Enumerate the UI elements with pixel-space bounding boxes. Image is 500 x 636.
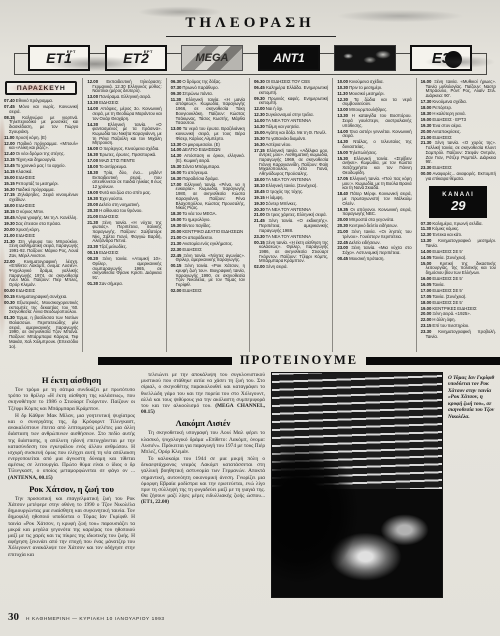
program-text: Σαν σήμερα.	[99, 281, 123, 286]
program-time: 21.00	[171, 235, 182, 240]
program-text: Τα ζώδια και τα νερά συμβουλεύουν.	[342, 97, 411, 107]
recommend-bar-right	[366, 357, 500, 365]
program-text: ΕΙΔΗΣΕΙΣ	[16, 288, 35, 293]
program-text: Τέχνη και δημιουργία.	[16, 157, 57, 162]
channel-logo-strip: ΕΡΤ ET1 ΕΡΤ ET2 MEGA ANT1 Ε3	[0, 44, 500, 76]
program-entry: 00.45 Μουσική πρόταση.	[337, 257, 411, 262]
program-text: Ο δρόμος της δόξας.	[182, 79, 221, 84]
program-text: Τρία, δύο, ένα... μηδέν! Εκπαιδευτική σε…	[92, 170, 161, 189]
program-time: 18.00	[421, 105, 432, 110]
program-time: 18.10	[254, 183, 265, 188]
page-footer: 30 Η ΚΑΘΗΜΕΡΙΝΗ — ΚΥΡΙΑΚΗ 10 ΙΑΝΟΥΑΡΙΟΥ …	[8, 611, 165, 623]
program-text: Το γαϊτανάκι διαμάντι.	[266, 136, 307, 141]
program-time: 21.00	[254, 212, 265, 217]
program-text: Επί του πιεστηρίου.	[432, 323, 469, 328]
paragraph-text: Τον τρόμο με τη σάτιρα συνδυάζει με πρωτ…	[8, 387, 135, 412]
program-time: 18.30	[421, 111, 432, 116]
program-time: 14.15	[4, 169, 15, 174]
program-time: 22.00	[421, 317, 432, 322]
program-text: ΔΕΛΤΙΟ ΕΙΔΗΣΕΩΝ	[182, 147, 220, 152]
page-number: 30	[8, 611, 19, 623]
program-text: Καλημέρα, πρωινή σελίδα.	[432, 221, 482, 226]
program-time: 20.00	[171, 229, 182, 234]
program-text: Δελτίο στη νοηματική.	[99, 202, 140, 207]
article3-body: Τη σκηνοθετική υπογραφή του Λουί Μαλ φέρ…	[141, 430, 265, 505]
program-text: Οι απόγονοι. Κοινωνική σειρά, παραγωγής …	[342, 207, 411, 217]
program-time: 23.30	[87, 244, 98, 249]
program-text: Το χρονικό μας / το αρχείο.	[16, 163, 66, 168]
program-entry: 17.00 Ελληνική ταινία. «Ρένα, να η ευκαι…	[171, 183, 245, 211]
program-entry: 00.20 Ξένη ταινία. «Ατομική 10». Θρίλερ,…	[87, 257, 161, 281]
et1-logo: ΕΡΤ ET1	[28, 45, 90, 71]
title-rule	[166, 36, 336, 37]
day-badge: ΠΑΡΑΣΚΕΥΗ	[5, 81, 77, 95]
program-text: Κινούμενα σχέδια.	[432, 99, 467, 104]
program-time: 16.05	[421, 282, 432, 287]
kanali29-listing: 07.30 Καλημέρα, πρωινή σελίδα.11.30 Κόμι…	[421, 222, 496, 340]
ant1-logo-label: ANT1	[273, 51, 304, 65]
program-time: 00.15	[4, 294, 15, 299]
program-text: Κινηματογραφική συνέχεια.	[16, 294, 68, 299]
program-time: 00.45	[337, 256, 348, 261]
program-entry: 16.00 Ξένη ταινία. «Μυθικοί ήρωες». Ταιν…	[421, 80, 496, 99]
program-text: ΕΙΔΗΣΕΙΣ	[182, 288, 201, 293]
program-entry: 12.00 Εκπαιδευτική τηλεόραση: Γερμανικά.…	[87, 80, 161, 94]
channel-time-ref: (ΑΝΤΕΝΝΑ, 00.15)	[8, 475, 53, 481]
program-text: Ξένη ταινία. «Ο εκδικητής». Περιπέτεια, …	[259, 218, 328, 232]
program-text: Κινηματογραφικό μεσημέρι. Ταινία.	[426, 238, 496, 248]
program-text: Ελληνική ταινία. «Ρένα, να η ευκαιρία». …	[176, 182, 245, 211]
recommend-divider: ΠΡΟΤΕΙΝΟΥΜΕ	[0, 353, 500, 368]
program-text: ΕΙΔΗΣΕΙΣ · ΕΡΤ3	[432, 117, 466, 122]
recommend-section: Η έκτη αίσθηση Τον τρόμο με τη σάτιρα συ…	[8, 372, 496, 606]
program-entry: 13.30 Η καταιγίδα του Βοσπόρου. Σειρά γο…	[337, 114, 411, 128]
program-text: Σάντα Μπάρμπαρα.	[182, 164, 220, 169]
program-entry: 18.30 Τρία, δύο, ένα... μηδέν! Εκπαιδευτ…	[87, 171, 161, 190]
program-text: Ελληνική ταινία. «Ο φαντασμένος με τα πρ…	[92, 122, 161, 146]
mega-listing: 06.30 Ο δρόμος της δόξας.07.30 Πρωινό πα…	[171, 80, 245, 294]
program-entry: 07.45 Μόνο και νωρίς. Κοινωνική σειρά.	[4, 105, 78, 114]
photo-caption: Ο Τόμας Ιαν Γκρίφιθ υποδύεται τον Ροκ Χά…	[448, 372, 496, 606]
program-entry: 14.30 Ελληνική ταινία. «Ο φαντασμένος με…	[87, 123, 161, 147]
program-text: Καληνώρα με γιορτινά. Τηλεπεριοδικό με μ…	[9, 115, 78, 134]
program-text: Κινηματογραφική προβολή. Ταινία.	[426, 329, 496, 339]
program-text: Ανταποκρίσεις.	[432, 129, 461, 134]
program-text: Έρωτες, έρωτες. Προϊστορικά.	[99, 152, 156, 157]
program-entry: 12.30 Τα ζώδια και τα νερά συμβουλεύουν.	[337, 98, 411, 107]
program-entry: 17.05 Ελληνική ταινία. «Πού πας κόρη μου…	[337, 177, 411, 191]
program-time: 10.30	[337, 85, 348, 90]
program-text: Ξένη ταινία. «Ο χορός της». Γαλλική ταιν…	[426, 140, 496, 164]
program-time: 23.15	[421, 323, 432, 328]
et2-logo: ΕΡΤ ET2	[105, 45, 167, 71]
program-text: Φυτά και ζώα στο σπίτι μας.	[99, 190, 151, 195]
paragraph-text: Η δρ Κάθριν Μακ Μίλαν, μια γοητευτική ψυ…	[8, 413, 135, 475]
recommend-header: ΠΡΟΤΕΙΝΟΥΜΕ	[240, 353, 358, 368]
program-text: Η αίθουσα του θρόνου.	[99, 208, 142, 213]
program-text: Παραδείσια δράμα.	[182, 176, 218, 181]
article-paragraph: Τη σκηνοθετική υπογραφή του Λουί Μαλ φέρ…	[141, 430, 265, 455]
program-time: 12.40	[4, 151, 15, 156]
program-time: 15.30	[171, 164, 182, 169]
program-time: 19.30	[4, 221, 15, 226]
program-text: Ξένη ταινία. «Οι ληστές του τρένου». Γου…	[342, 229, 411, 239]
program-time: 19.30	[254, 201, 265, 206]
program-entry: 02.00 Ξένη σειρά.	[254, 265, 328, 270]
kanali29-logo-name: ΚΑΝΑΛΙ	[442, 192, 474, 198]
program-text: Μόνο και νωρίς. Κοινωνική σειρά.	[9, 104, 78, 114]
article2-title: Ροκ Χάτσον, η ζωή του	[8, 484, 135, 494]
program-text: ΤΑ ΝΕΑ ΤΟΥ ΑΝΤΕΝΝΑ	[266, 118, 311, 123]
program-time: 18.00	[4, 203, 15, 208]
program-time: 20.00	[421, 129, 432, 134]
program-time: 20.30	[87, 208, 98, 213]
paragraph-text: Το καλοκαίρι του 1944 σε μια μικρή πόλη …	[141, 456, 265, 499]
program-text: Παιδικό πρόγραμμα.	[16, 187, 55, 192]
program-text: ΤΑ ΝΕΑ ΤΟΥ ΑΝΤΕΝΝΑ	[266, 207, 311, 212]
program-text: Οι τρεις χάριτες. Ελληνική σειρά.	[266, 212, 327, 217]
program-text: Ελληνική ταινία. «Αδέλφια μου, άντρες μο…	[259, 148, 328, 177]
program-time: 16.30	[87, 152, 98, 157]
program-entry: 11.30 Ελληνική ταινία. «Η μανία απόψεως»…	[171, 98, 245, 126]
program-text: Κριτική της δικαστικής λειτουργίας, της …	[426, 261, 496, 275]
et2-logo-sup: ΕΡΤ	[144, 49, 153, 54]
program-time: 01.30	[87, 281, 98, 286]
program-text: Κινηματογραφική λέσχη. «Επίθετο: Λακόμπ,…	[9, 259, 78, 288]
program-entry: 21.30 Ξένη ταινία. «Η νύχτα της φωτιάς».…	[87, 221, 161, 245]
program-time: 19.30	[171, 223, 182, 228]
program-text: Εθνικό πρόγραμμα.	[16, 98, 53, 103]
program-time: 13.45	[4, 163, 15, 168]
program-text: ΕΙΔΗΣΕΙΣ	[182, 247, 201, 252]
program-time: 16.30	[171, 176, 182, 181]
column-et2: 12.00 Εκπαιδευτική τηλεόραση: Γερμανικά.…	[83, 78, 166, 352]
program-time: 18.30	[171, 211, 182, 216]
program-time: 21.00	[87, 214, 98, 219]
column-et3-kanali29: 16.00 Ξένη ταινία. «Μυθικοί ήρωες». Ταιν…	[417, 78, 500, 352]
article-paragraph: Τον τρόμο με τη σάτιρα συνδυάζει με πρωτ…	[8, 387, 135, 412]
listings-grid: ΠΑΡΑΣΚΕΥΗ 07.40 Εθνικό πρόγραμμα.07.45 Μ…	[0, 78, 500, 352]
article2-continuation: τελειώνει με την αποκάλυψη του συγκλονισ…	[141, 372, 265, 415]
et1-listing: 07.40 Εθνικό πρόγραμμα.07.45 Μόνο και νω…	[4, 99, 78, 349]
program-entry: 14.30 Απόσταση κι όρκοι, ελληνικό. (Ε). …	[171, 154, 245, 163]
program-time: 13.00	[87, 94, 98, 99]
kanali29-logo: ΚΑΝΑΛΙ 29	[429, 186, 487, 218]
program-time: 20.30	[254, 207, 265, 212]
program-text: Τηλεπωλήσεις.	[349, 150, 377, 155]
program-entry: 23.30 Κινηματογραφική προβολή. Ταινία.	[421, 330, 496, 339]
program-time: 12.30	[421, 232, 432, 237]
program-text: Πρωινό παράθυρο.	[182, 85, 218, 90]
program-time: 19.00	[87, 190, 98, 195]
mega-logo-label: MEGA	[196, 52, 229, 64]
program-time: 14.05	[421, 255, 432, 260]
program-text: Ο περίεργος. Κινούμενα σχέδια.	[99, 146, 159, 151]
program-time: 18.45	[4, 215, 15, 220]
article-paragraph: Η δρ Κάθριν Μακ Μίλαν, μια γοητευτική ψυ…	[8, 413, 135, 481]
program-text: Απόψεις, μέρος 3ο. Κοινωνική σειρά, με τ…	[92, 106, 161, 120]
program-text: Αστέρια νέου.	[266, 142, 292, 147]
channel-time-ref: (ΕΤ1, 22.00)	[141, 499, 169, 505]
channel5-listing: 10.00 Κινούμενα σχέδια.10.30 Πριν το μεσ…	[337, 80, 411, 262]
program-entry: 15.30 Ελληνική ταινία. «Στρίβειν ανήκει»…	[337, 157, 411, 176]
program-entry: 22.45 Ξένη ταινία. «Νύχτες αγωνίας». Θρί…	[171, 254, 245, 263]
program-text: Ελληνική ταινία. «Στρίβειν ανήκει». Κωμω…	[342, 156, 411, 175]
program-text: ΕΙΔΗΣΕΙΣ ΣΕ 5'	[432, 300, 462, 305]
program-text: Σας έπεσαν στα πράσα.	[16, 221, 61, 226]
program-text: Αναφορές... αναφορές. Εκπομπή για επίκαι…	[426, 171, 496, 181]
program-text: Το αντίρρευμα.	[99, 164, 127, 169]
program-text: ΕΙΔΗΣΕΙΣ	[16, 175, 35, 180]
newspaper-tv-page: ΤΗΛΕΟΡΑΣΗ ΕΡΤ ET1 ΕΡΤ ET2 MEGA ANT1 Ε3 Π…	[0, 0, 500, 636]
program-time: 15.15	[4, 181, 15, 186]
program-text: Η άλλη όψη.	[432, 317, 455, 322]
program-entry: 00.15 Ξένη ταινία. «Ροκ Χάτσον, η κρυφή …	[171, 264, 245, 288]
program-time: 17.30	[421, 99, 432, 104]
program-text: ΟΙ ΕΙΔΗΣΕΙΣ ΤΟΥ CBS	[266, 79, 310, 84]
program-time: 18.00	[254, 177, 265, 182]
program-text: Πανόραμα. Ελληνική σειρά.	[99, 94, 151, 99]
program-time: 18.45	[254, 189, 265, 194]
program-text: Έχει γούστο.	[99, 196, 123, 201]
program-text: Ένα αστέρι γεννιέται. Κοινωνική σειρά.	[342, 129, 411, 139]
program-text: Εξωτερικές. Μουσικοχορευτικές εκπομπές τ…	[9, 300, 78, 314]
program-time: 22.30	[171, 247, 182, 252]
program-text: Ξένη σειρά.	[266, 264, 288, 269]
program-text: Ναι ή όχι.	[266, 106, 284, 111]
article-paragraph: Το καλοκαίρι του 1944 σε μια μικρή πόλη …	[141, 456, 265, 506]
program-entry: 02.00 ΕΙΔΗΣΕΙΣ	[171, 289, 245, 294]
article-paragraph: Την προσωπική και επαγγελματική ζωή του …	[8, 496, 135, 558]
program-text: Ταινία. (Συνέχεια).	[432, 294, 466, 299]
program-entry: 17.15 Ελληνική ταινία. «Αδέλφια μου, άντ…	[254, 149, 328, 177]
program-text: Η καλύτερη γενιά.	[432, 111, 465, 116]
program-text: ΕΙΔΗΣΕΙΣ	[99, 100, 118, 105]
program-entry: 17.15 Ζηλιάρηδες. Σειρά κινουμένων σχεδί…	[4, 193, 78, 202]
recommend-column-b: τελειώνει με την αποκάλυψη του συγκλονισ…	[141, 372, 265, 606]
program-text: Η καταιγίδα του Βοσπόρου. Σειρά γουέστερ…	[342, 113, 411, 127]
program-time: 06.30	[254, 79, 265, 84]
recommend-column-a: Η έκτη αίσθηση Τον τρόμο με τη σάτιρα συ…	[8, 372, 135, 606]
program-text: ΚΕΝΤΡΙΚΟ ΔΕΛΤΙΟ ΕΙΔΗΣΕΩΝ	[182, 229, 243, 234]
article3-title: Λακόμπ Λισιέν	[141, 418, 265, 428]
program-text: Ο τροχός της τύχης.	[266, 189, 303, 194]
program-time: 17.00	[421, 288, 432, 293]
program-time: 16.30	[254, 142, 265, 147]
program-text: Τα νέα του MEGA.	[182, 211, 216, 216]
program-text: Λόγια γραφής. Με τη Λ. Κανέλλη.	[16, 215, 78, 220]
et3-listing: 16.00 Ξένη ταινία. «Μυθικοί ήρωες». Ταιν…	[421, 80, 496, 182]
kanali29-logo-number: 29	[451, 199, 465, 212]
program-text: Δελτίο ειδήσεων.	[349, 240, 381, 245]
program-time: 16.00	[87, 146, 98, 151]
column-ant1: 06.30 ΟΙ ΕΙΔΗΣΕΙΣ ΤΟΥ CBS06.45 Καλημέρα …	[250, 78, 333, 352]
program-text: ΤΑ ΝΕΑ ΤΟΥ ΑΝΤΕΝΝΑ	[266, 234, 311, 239]
program-text: Χρυσή κόρη. (Ε)	[16, 135, 47, 140]
program-text: ΕΙΔΗΣΕΙΣ	[432, 165, 451, 170]
program-time: 20.00	[4, 227, 15, 232]
article2-body: Την προσωπική και επαγγελματική ζωή του …	[8, 496, 135, 558]
program-time: 14.30	[254, 124, 265, 129]
page-title: ΤΗΛΕΟΡΑΣΗ	[0, 15, 500, 32]
program-text: ΕΙΔΗΣΕΙΣ ΣΕ 5'	[432, 288, 462, 293]
program-text: Σόντερ Μπίνκες.	[266, 201, 297, 206]
program-text: ΕΙΔΗΣΕΙΣ ΣΕ 5'	[432, 249, 462, 254]
program-time: 11.00	[4, 135, 15, 140]
program-time: 18.00	[421, 300, 432, 305]
program-text: ΕΙΔΗΣΕΙΣ	[432, 135, 451, 140]
program-time: 14.00	[421, 249, 432, 254]
program-entry: 01.30 Σαν σήμερα.	[87, 282, 161, 287]
article1-title: Η έκτη αίσθηση	[8, 375, 135, 385]
program-text: Ένα στον αέρα.	[432, 123, 461, 128]
program-text: Ζηλιάρηδες. Σειρά κινουμένων σχεδίων.	[9, 192, 78, 202]
program-text: Μπουρμπουλήθρες.	[349, 107, 387, 112]
program-text: ΕΙΔΗΣΕΙΣ	[16, 203, 35, 208]
program-time: 19.15	[254, 195, 265, 200]
program-text: Κινούμενα σχέδια.	[349, 79, 384, 84]
program-text: ΕΙΔΗΣΕΙΣ	[99, 214, 118, 219]
column-channel5: 10.00 Κινούμενα σχέδια.10.30 Πριν το μεσ…	[333, 78, 416, 352]
program-time: 11.30	[337, 91, 348, 96]
program-text: Το ημερολόγιο.	[182, 217, 210, 222]
program-time: 20.30	[337, 223, 348, 228]
program-text: ΕΙΔΗΣΕΙΣ	[16, 233, 35, 238]
program-text: Στη γέφυρα του Μπρούκλιν. Ξένη αισθηματι…	[9, 239, 78, 258]
program-text: Έντεκα και κάτι.	[432, 232, 462, 237]
program-entry: 00.00 Αναφορές... αναφορές. Εκπομπή για …	[421, 172, 496, 181]
program-time: 19.00	[421, 117, 432, 122]
program-time: 17.00	[87, 158, 98, 163]
program-time: 15.00	[337, 150, 348, 155]
program-text: Ξένη ταινία. «Νύχτες αγωνίας». Θρίλερ, α…	[176, 253, 245, 263]
program-time: 14.00	[171, 147, 182, 152]
program-time: 15.30	[254, 136, 265, 141]
program-time: 13.15	[4, 157, 15, 162]
program-time: 20.00	[337, 217, 348, 222]
channel5-logo	[334, 45, 396, 71]
program-time: 21.00	[4, 233, 15, 238]
program-entry: 21.30 Ξένη ταινία. «Ο χορός της». Γαλλικ…	[421, 141, 496, 165]
program-time: 10.00	[337, 79, 348, 84]
program-text: ΚΕΝΤΡΙΚΕΣ ΕΙΔΗΣΕΙΣ	[432, 306, 476, 311]
program-text: Ελληνική ταινία. «Η μανία απόψεως». Κωμω…	[176, 97, 245, 126]
program-entry: 19.35 Οι απόγονοι. Κοινωνική σειρά, παρα…	[337, 208, 411, 217]
mega-logo: MEGA	[181, 45, 243, 71]
program-entry: 06.45 Καλημέρα Ελλάδα. Ενημερωτική εκπομ…	[254, 86, 328, 95]
program-text: Ντάλας, ο τελευταίος της δυναστείας.	[342, 139, 411, 149]
program-time: 18.00	[87, 164, 98, 169]
program-time: 20.00	[87, 202, 98, 207]
program-text: Ξένη ταινία. «Η έκτη αίσθηση της κολάσεω…	[259, 240, 328, 264]
program-text: Μουσικό μεσημέρι.	[349, 91, 385, 96]
program-text: Οι νέοι δρόμοι της στέγης.	[16, 151, 65, 156]
article1-body: Τον τρόμο με τη σάτιρα συνδυάζει με πρωτ…	[8, 387, 135, 481]
program-text: ΜΑΖΙ ΣΤΙΣ ΠΕΝΤΕ	[99, 158, 135, 163]
program-time: 02.00	[171, 288, 182, 293]
article-paragraph: τελειώνει με την αποκάλυψη του συγκλονισ…	[141, 372, 265, 415]
program-text: Οι απαράδεκτοι.	[182, 235, 213, 240]
program-time: 13.30	[87, 100, 98, 105]
program-time: 19.30	[421, 123, 432, 128]
program-time: 22.45	[337, 240, 348, 245]
paragraph-text: Την προσωπική και επαγγελματική ζωή του …	[8, 496, 135, 558]
program-text: Τόλμη και γοητεία.	[266, 124, 300, 129]
program-text: Καλημέρα Ελλάδα. Ενημερωτική εκπομπή.	[259, 85, 328, 95]
program-time: 12.00	[254, 106, 265, 111]
program-text: Παιδικό πρόγραμμα. «Μπουλ» και «Αλίκη κα…	[9, 141, 78, 151]
program-entry: 21.00 Ξένη ταινία. «Οι ληστές του τρένου…	[337, 230, 411, 239]
program-time: 19.00	[171, 217, 182, 222]
program-text: Σπρώνω πάντα.	[182, 91, 213, 96]
program-text: Κλασικά.	[16, 169, 33, 174]
program-entry: 13.30 Κινηματογραφικό μεσημέρι. Ταινία.	[421, 239, 496, 248]
program-time: 13.30	[171, 142, 182, 147]
program-text: Βίντεο παγίδες.	[182, 223, 211, 228]
program-time: 11.30	[421, 226, 432, 231]
program-text: Πάτερ Μέρφι. Κοινωνική σειρά, με πρωταγω…	[342, 191, 411, 205]
program-text: Ρεπορτάζ το μεσημέρι.	[16, 181, 59, 186]
paragraph-text: Τη σκηνοθετική υπογραφή του Λουί Μαλ φέρ…	[141, 430, 265, 455]
program-text: Απόσταση κι όρκοι, ελληνικό. (Ε). Κωμική…	[176, 153, 245, 163]
program-text: Πρωινός καφές. Ενημερωτική εκπομπή.	[259, 96, 328, 106]
program-text: Ξένη ταινία. «Ατομική 10». Θρίλερ, αμερι…	[92, 256, 161, 280]
program-time: 19.30	[87, 196, 98, 201]
program-text: Ξένη ταινία. «Η νύχτα της φωτιάς». Περιπ…	[92, 220, 161, 244]
program-time: 14.00	[254, 118, 265, 123]
program-time: 00.00	[4, 288, 15, 293]
program-entry: 21.45 Ξένη ταινία. «Ο εκδικητής». Περιπέ…	[254, 219, 328, 233]
et1-logo-sup: ΕΡΤ	[67, 49, 76, 54]
program-text: Ανατομία ενός εγκλήματος.	[182, 241, 233, 246]
column-mega: 06.30 Ο δρόμος της δόξας.07.30 Πρωινό πα…	[167, 78, 250, 352]
program-text: Ξένη σειρά. «1925».	[432, 311, 470, 316]
edition-line: Η ΚΑΘΗΜΕΡΙΝΗ — ΚΥΡΙΑΚΗ 10 ΙΑΝΟΥΑΡΙΟΥ 199…	[26, 617, 165, 622]
program-text: Οι μικρομεσαίοι. (Ε)	[182, 142, 219, 147]
program-time: 12.30	[254, 112, 265, 117]
program-time: 20.00	[421, 311, 432, 316]
program-time: 09.30	[171, 91, 182, 96]
program-text: ΤΑ ΝΕΑ ΤΟΥ ΑΝΤΕΝΝΑ	[266, 177, 311, 182]
program-time: 07.30	[421, 221, 432, 226]
program-time: 23.30	[254, 234, 265, 239]
program-entry: 22.00 Κινηματογραφική λέσχη. «Επίθετο: Λ…	[4, 260, 78, 288]
program-entry: 12.00 Παιδικό πρόγραμμα. «Μπουλ» και «Αλ…	[4, 142, 78, 151]
program-text: Χρυσή κόρη.	[16, 227, 40, 232]
program-time: 06.30	[171, 79, 182, 84]
program-text: Ξένη ταινία. «Μυθικοί ήρωες». Ταινία μυθ…	[426, 79, 496, 98]
program-entry: 00.30 Εξωτερικές. Μουσικοχορευτικές εκπο…	[4, 301, 78, 315]
program-text: Μουσική πρόταση.	[349, 256, 385, 261]
program-entry: 13.00 Τα νερά του έρωτα. Βραζιλιάνικη κο…	[171, 127, 245, 141]
program-time: 02.00	[254, 264, 265, 269]
et3-logo: Ε3	[410, 45, 472, 71]
program-text: Το απόγευμα.	[182, 170, 208, 175]
program-text: Ο κύριος Μπιν.	[16, 209, 45, 214]
program-text: Συγκλονισμοί στην τρέλα.	[266, 112, 314, 117]
program-text: Τα νερά του έρωτα. Βραζιλιάνικη κοινωνικ…	[176, 126, 245, 140]
program-text: Ελληνική ταινία. «Πού πας κόρη μου;». Κω…	[342, 176, 411, 190]
program-entry: 00.15 Ξένη ταινία. «Η έκτη αίσθηση της κ…	[254, 241, 328, 265]
program-time: 17.05	[421, 294, 432, 299]
program-entry: 14.00 Απόψεις, μέρος 3ο. Κοινωνική σειρά…	[87, 107, 161, 121]
program-text: Κεντρικό δελτίο ειδήσεων.	[349, 223, 398, 228]
program-text: Κόμικς κόμικς.	[432, 226, 459, 231]
program-time: 07.40	[4, 98, 15, 103]
program-time: 16.30	[4, 187, 15, 192]
program-time: 19.00	[421, 306, 432, 311]
program-text: Ταινία.	[432, 282, 444, 287]
